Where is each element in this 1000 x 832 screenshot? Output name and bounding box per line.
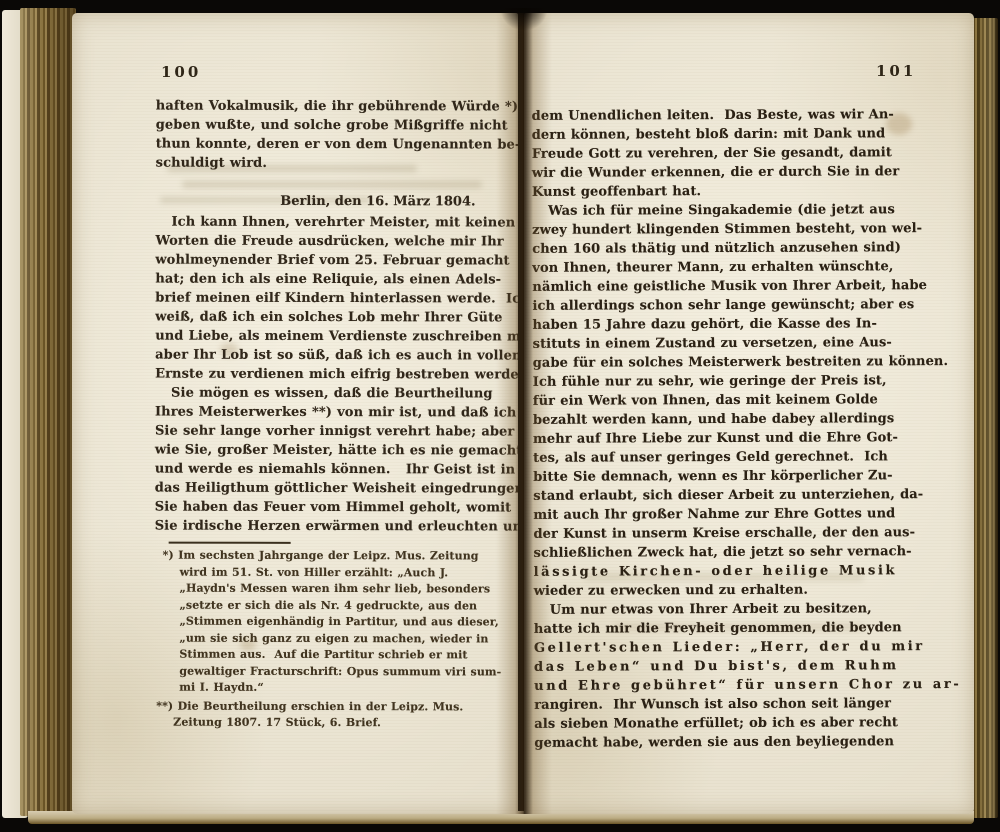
page-number-left: 100 [161,63,201,81]
fore-edge-left [20,8,76,816]
letter-paragraph-1: Ich kann Ihnen, verehrter Meister, mit k… [155,213,503,385]
paragraph-continuation: haften Vokalmusik, die ihr gebührende Wü… [156,97,504,174]
right-page-text-column: dem Unendlichen leiten. Das Beste, was w… [532,105,911,753]
paragraph-singakademie-spaced: lässigte Kirchen- oder heilige Musik [534,561,910,582]
paragraph-gellert-spaced: Gellert'schen Lieder: „Herr, der du mir … [534,637,910,696]
page-left: 100 haften Vokalmusik, die ihr gebührend… [72,13,518,814]
paragraph-gellert: Um nur etwas von Ihrer Arbeit zu besitze… [534,599,910,639]
paragraph-singakademie: Was ich für meine Singakademie (die jetz… [532,200,910,563]
letter-dateline: Berlin, den 16. März 1804. [156,192,504,212]
footnote-2: **) Die Beurtheilung erschien in der Lei… [156,698,502,732]
left-page-text-column: haften Vokalmusik, die ihr gebührende Wü… [154,97,504,732]
page-right: 101 dem Unendlichen leiten. Das Beste, w… [524,13,974,814]
paragraph-continuation: dem Unendlichen leiten. Das Beste, was w… [532,105,908,202]
footnote-1: *) Im sechsten Jahrgange der Leipz. Mus.… [162,548,502,697]
paragraph-gellert-end: rangiren. Ihr Wunsch ist also schon seit… [534,694,910,753]
book-spread-photo: 100 haften Vokalmusik, die ihr gebührend… [0,0,1000,832]
footnote-rule [169,542,291,544]
page-number-right: 101 [876,62,916,80]
letter-paragraph-2: Sie mögen es wissen, daß die Beurtheilun… [155,384,503,537]
paragraph-singakademie-end: wieder zu erwecken und zu erhalten. [534,580,910,601]
